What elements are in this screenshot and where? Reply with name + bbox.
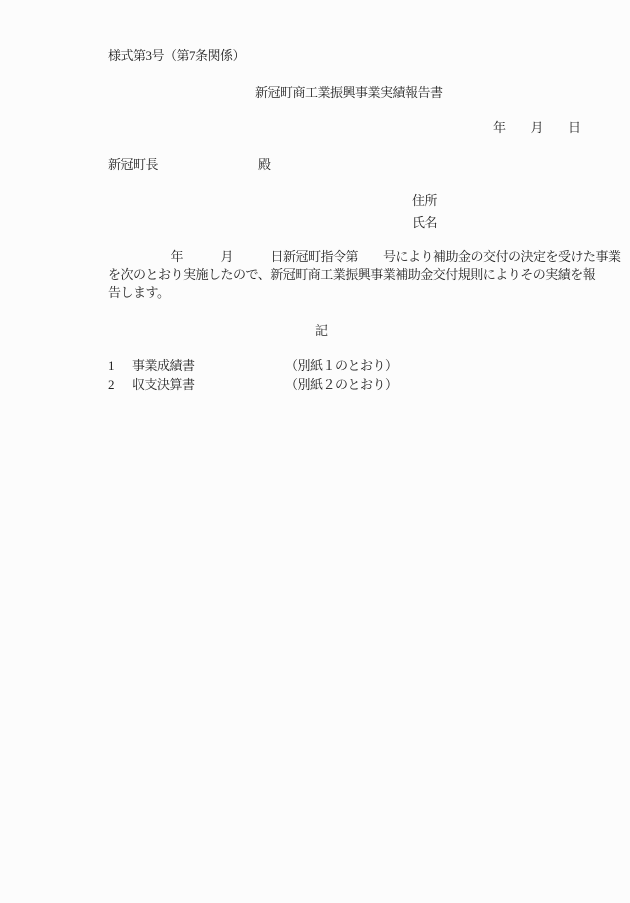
body-paragraph-line-1: 年 月 日新冠町指令第 号により補助金の交付の決定を受けた事業: [108, 249, 621, 264]
body-paragraph-line-3: 告します。: [108, 285, 169, 300]
list-item-label: 収支決算書: [132, 377, 195, 392]
document-title: 新冠町商工業振興事業実績報告書: [255, 85, 443, 100]
address-label: 住所: [412, 193, 437, 208]
list-item-label: 事業成績書: [132, 358, 195, 373]
list-item-number: 1: [108, 358, 114, 373]
list-item-note: （別紙２のとおり）: [285, 377, 398, 392]
addressee-line: 新冠町長 殿: [108, 157, 271, 172]
list-heading: 記: [315, 323, 328, 338]
form-number: 様式第3号（第7条関係）: [108, 48, 245, 63]
list-item-number: 2: [108, 377, 114, 392]
name-label: 氏名: [412, 215, 437, 230]
list-item-note: （別紙１のとおり）: [285, 358, 398, 373]
document-page: 様式第3号（第7条関係） 新冠町商工業振興事業実績報告書 年 月 日 新冠町長 …: [0, 0, 630, 903]
date-line: 年 月 日: [493, 120, 581, 135]
body-paragraph-line-2: を次のとおり実施したので、新冠町商工業振興事業補助金交付規則によりその実績を報: [108, 267, 595, 282]
